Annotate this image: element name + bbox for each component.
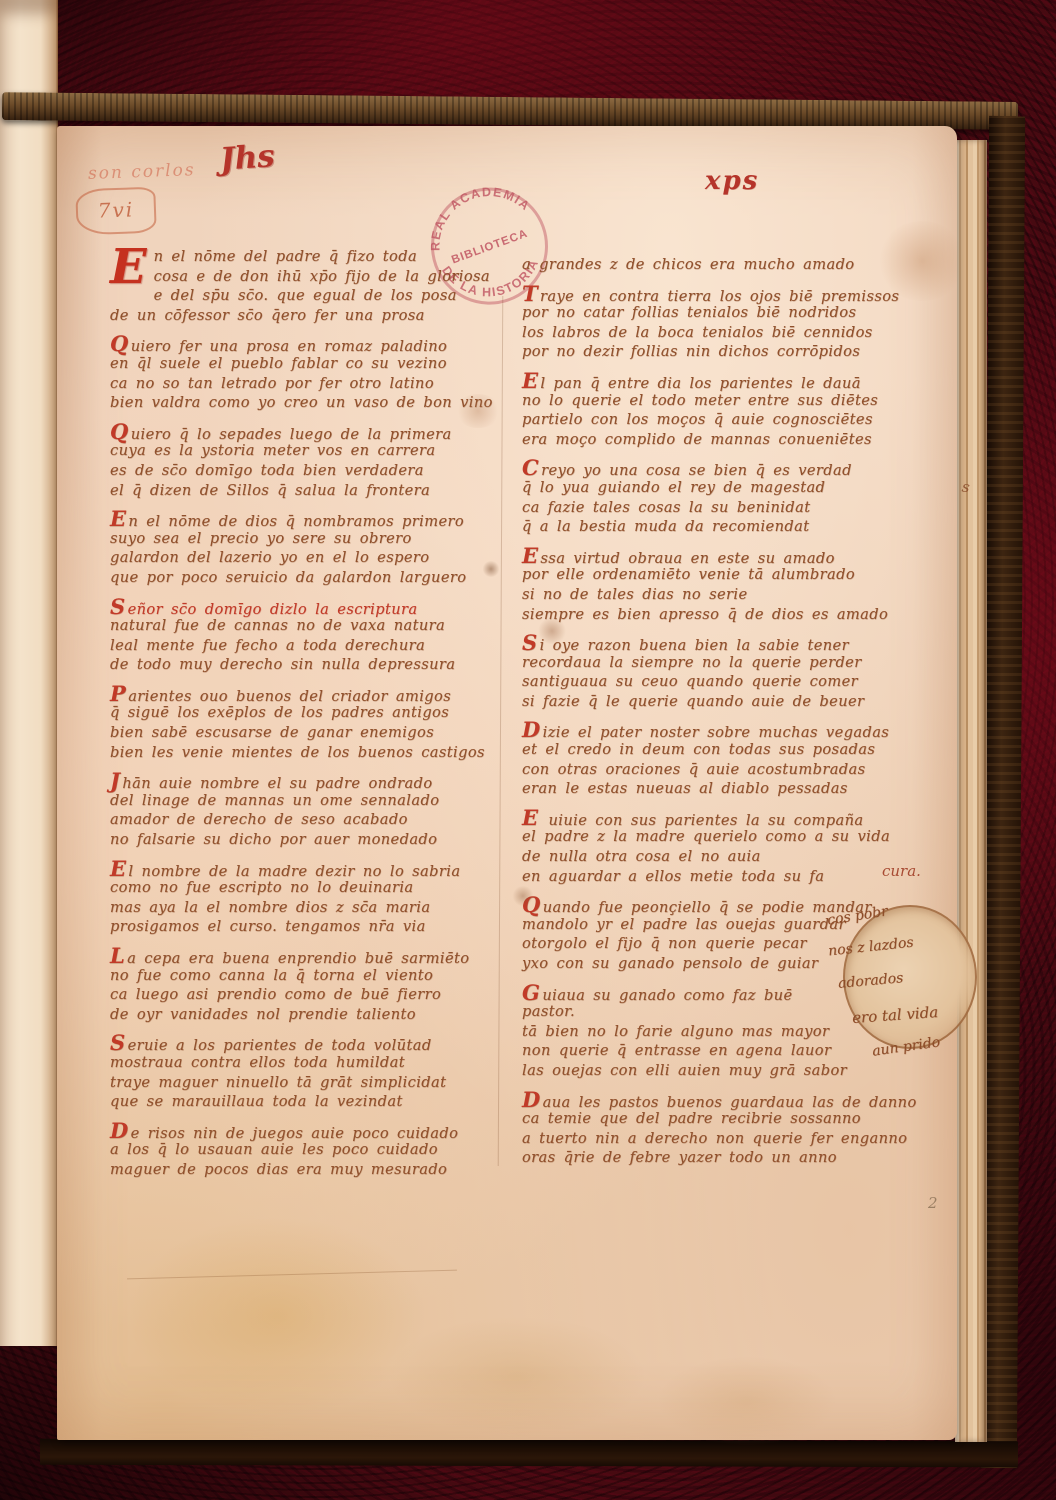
facing-leaf-edge: [0, 0, 58, 1346]
stanza: Quiero fer una prosa en romaz paladinoen…: [110, 334, 510, 412]
verse-line: mas aya la el nombre dios z sc̄a maria: [110, 898, 510, 918]
verse-line: partielo con los moços q̄ auie cognosciē…: [522, 410, 952, 430]
stanza-initial: E: [522, 543, 538, 568]
verse-line: a tuerto nin a derecho non querie fer en…: [522, 1129, 952, 1149]
stain: [657, 1356, 837, 1446]
verse-line: por elle ordenamiēto venie tā alumbrado: [522, 565, 952, 585]
stanza: Daua les pastos buenos guardaua las de d…: [522, 1090, 952, 1168]
stanza-initial: Q: [110, 331, 129, 356]
verse-line: amador de derecho de seso acabado: [110, 810, 510, 830]
stanza-initial: S: [522, 630, 538, 655]
verse-line: Señor sc̄o domīgo dizlo la escriptura: [110, 597, 510, 617]
verse-line: por no catar follias tenialos biē nodrid…: [522, 303, 952, 323]
stanza: En el nōme de dios q̄ nombramos primeros…: [110, 509, 510, 587]
stanza: En el nōme del padre q̄ fizo todacosa e …: [110, 247, 510, 325]
verse-line: Creyo yo una cosa se bien q̄ es verdad: [522, 458, 952, 478]
verse-line: de todo muy derecho sin nulla depressura: [110, 655, 510, 675]
verse-line: En el nōme de dios q̄ nombramos primero: [110, 509, 510, 529]
verse-line: e del sp̄u sc̄o. que egual de los posa: [110, 286, 510, 306]
verse-line: de oyr vanidades nol prendie taliento: [110, 1005, 510, 1025]
verse-line: Daua les pastos buenos guardaua las de d…: [522, 1090, 952, 1110]
verse-line: el padre z la madre querielo como a su v…: [522, 827, 952, 847]
verse-line: que se marauillaua toda la vezindat: [110, 1092, 510, 1112]
cover-right-edge: [981, 116, 1025, 1468]
stanza-initial: D: [110, 1118, 129, 1143]
stanza: Parientes ouo buenos del criador amigosq…: [110, 684, 510, 762]
verse-line: ca fazie tales cosas la su beninidat: [522, 498, 952, 518]
margin-note-cura: cura.: [882, 862, 921, 880]
verse-line: no lo querie el todo meter entre sus diē…: [522, 391, 952, 411]
stanza-initial: S: [110, 1030, 126, 1055]
stanza: Creyo yo una cosa se bien q̄ es verdadq̄…: [522, 458, 952, 536]
verse-line: en q̄l suele el pueblo fablar co su vezi…: [110, 354, 510, 374]
verse-line: Traye en contra tierra los ojos biē prem…: [522, 284, 952, 304]
cover-bottom-edge: [40, 1439, 1018, 1468]
verse-line: q̄ siguē los exēplos de los padres antig…: [110, 703, 510, 723]
photo-of-manuscript: s son corlos 7vi Jhs xps REAL ACADEMIA D…: [0, 0, 1056, 1500]
verse-line: traye maguer ninuello tā grāt simplicida…: [110, 1073, 510, 1093]
stanza: Quiero q̄ lo sepades luego de la primera…: [110, 422, 510, 500]
stanza-initial: T: [522, 281, 538, 306]
verse-line: q̄ lo yua guiando el rey de magestad: [522, 478, 952, 498]
verse-line: las ouejas con elli auien muy grā sabor: [522, 1061, 952, 1081]
verse-line: a grandes z de chicos era mucho amado: [522, 255, 952, 275]
stanza-initial: L: [110, 943, 125, 968]
stanza-initial: E: [110, 506, 126, 531]
shelfmark-box: 7vi: [75, 187, 157, 236]
stanza-initial: E: [110, 247, 154, 287]
verse-line: los labros de la boca tenialos biē cenni…: [522, 323, 952, 343]
text-column-left: En el nōme del padre q̄ fizo todacosa e …: [110, 247, 510, 1189]
verse-line: siempre es bien apresso q̄ de dios es am…: [522, 605, 952, 625]
stanza-initial: J: [110, 768, 120, 793]
verse-line: bien sabē escusarse de ganar enemigos: [110, 723, 510, 743]
verse-line: de un cōfessor sc̄o q̄ero fer una prosa: [110, 306, 510, 326]
stanza: La cepa era buena enprendio buē sarmiēto…: [110, 946, 510, 1024]
verse-line: E uiuie con sus parientes la su compaña: [522, 808, 952, 828]
verse-line: leal mente fue fecho a toda derechura: [110, 636, 510, 656]
verse-line: eran le estas nueuas al diablo pessadas: [522, 779, 952, 799]
stanza: Jhān auie nombre el su padre ondradodel …: [110, 771, 510, 849]
verse-line: prosigamos el curso. tengamos nr̄a via: [110, 917, 510, 937]
stain: [127, 1216, 427, 1416]
verse-line: cuya es la ystoria meter vos en carrera: [110, 441, 510, 461]
folio-number: 2: [928, 1194, 938, 1212]
verse-line: galardon del lazerio yo en el lo espero: [110, 548, 510, 568]
stanza: Si oye razon buena bien la sabie tenerre…: [522, 633, 952, 711]
verse-line: maguer de pocos dias era muy mesurado: [110, 1160, 510, 1180]
verse-line: El nombre de la madre dezir no lo sabria: [110, 859, 510, 879]
verse-line: con otras oraciones q̄ auie acostumbrada…: [522, 760, 952, 780]
stanza-initial: C: [522, 455, 539, 480]
verse-line: recordaua la siempre no la querie perder: [522, 653, 952, 673]
verse-line: es de sc̄o domīgo toda bien verdadera: [110, 461, 510, 481]
verse-line: ca temie que del padre recibrie sossanno: [522, 1109, 952, 1129]
verse-line: si fazie q̄ le querie quando auie de beu…: [522, 692, 952, 712]
verse-line: Seruie a los parientes de toda volūtad: [110, 1033, 510, 1053]
jhs-monogram: Jhs: [219, 138, 276, 178]
stanza: Señor sc̄o domīgo dizlo la escripturanat…: [110, 597, 510, 675]
stanza: De risos nin de juegos auie poco cuidado…: [110, 1121, 510, 1180]
verse-line: si no de tales dias no serie: [522, 585, 952, 605]
verse-line: cosa e de don ihū xp̄o fijo de la glorio…: [110, 267, 510, 287]
verse-line: Parientes ouo buenos del criador amigos: [110, 684, 510, 704]
parchment-page: son corlos 7vi Jhs xps REAL ACADEMIA DE …: [57, 126, 957, 1440]
stanza-initial: D: [522, 1087, 541, 1112]
verse-line: ca luego asi prendio como de buē fierro: [110, 985, 510, 1005]
stanza-initial: G: [522, 980, 540, 1005]
verse-line: no falsarie su dicho por auer monedado: [110, 830, 510, 850]
stanza: Seruie a los parientes de toda volūtadmo…: [110, 1033, 510, 1111]
stanza-initial: Q: [522, 892, 541, 917]
verse-line: De risos nin de juegos auie poco cuidado: [110, 1121, 510, 1141]
verse-line: que por poco seruicio da galardon largue…: [110, 568, 510, 588]
stanza-initial: E: [110, 856, 126, 881]
xps-monogram: xps: [705, 166, 759, 196]
verse-line: et el credo in deum con todas sus posada…: [522, 740, 952, 760]
stanza: a grandes z de chicos era mucho amado: [522, 255, 952, 275]
stanza-initial: Q: [110, 419, 129, 444]
stanza: El nombre de la madre dezir no lo sabria…: [110, 859, 510, 937]
verse-line: por no dezir follias nin dichos corrōpid…: [522, 342, 952, 362]
fore-edge: [955, 140, 987, 1442]
stanza-initial: S: [110, 594, 126, 619]
stanza: El pan q̄ entre dia los parientes le dau…: [522, 371, 952, 449]
stanza: Traye en contra tierra los ojos biē prem…: [522, 284, 952, 362]
stanza-initial: D: [522, 717, 541, 742]
verse-line: oras q̄rie de febre yazer todo un anno: [522, 1148, 952, 1168]
verse-line: Essa virtud obraua en este su amado: [522, 546, 952, 566]
verse-line: La cepa era buena enprendio buē sarmiēto: [110, 946, 510, 966]
verse-line: el q̄ dizen de Sillos q̄ salua la fronte…: [110, 481, 510, 501]
verse-line: natural fue de cannas no de vaxa natura: [110, 616, 510, 636]
verse-line: Quiero fer una prosa en romaz paladino: [110, 334, 510, 354]
verse-line: El pan q̄ entre dia los parientes le dau…: [522, 371, 952, 391]
verse-line: ca no so tan letrado por fer otro latino: [110, 374, 510, 394]
verse-line: Si oye razon buena bien la sabie tener: [522, 633, 952, 653]
verse-line: era moço complido de mannas conueniētes: [522, 430, 952, 450]
cover-top-edge: [2, 92, 1018, 130]
verse-line: suyo sea el precio yo sere su obrero: [110, 529, 510, 549]
verse-line: Quiero q̄ lo sepades luego de la primera: [110, 422, 510, 442]
verse-line: a los q̄ lo usauan auie les poco cuidado: [110, 1140, 510, 1160]
stanza: Dizie el pater noster sobre muchas vegad…: [522, 720, 952, 798]
stanza-initial: P: [110, 681, 126, 706]
verse-line: n el nōme del padre q̄ fizo toda: [110, 247, 510, 267]
verse-line: q̄ a la bestia muda da recomiendat: [522, 517, 952, 537]
verse-line: mostraua contra ellos toda humildat: [110, 1053, 510, 1073]
crease: [127, 1270, 457, 1280]
stanza-initial: E: [522, 368, 538, 393]
verse-line: no fue como canna la q̄ torna el viento: [110, 966, 510, 986]
verse-line: Jhān auie nombre el su padre ondrado: [110, 771, 510, 791]
stanza: Essa virtud obraua en este su amadopor e…: [522, 546, 952, 624]
verse-line: bien valdra como yo creo un vaso de bon …: [110, 393, 510, 413]
verse-line: Dizie el pater noster sobre muchas vegad…: [522, 720, 952, 740]
stain: [387, 1316, 647, 1436]
verse-line: como no fue escripto no lo deuinaria: [110, 878, 510, 898]
faded-inscription: son corlos: [88, 160, 196, 184]
verse-line: bien les venie mientes de los buenos cas…: [110, 743, 510, 763]
verse-line: del linage de mannas un ome sennalado: [110, 791, 510, 811]
verse-line: santiguaua su ceuo quando querie comer: [522, 672, 952, 692]
stanza-initial: E: [522, 805, 538, 830]
